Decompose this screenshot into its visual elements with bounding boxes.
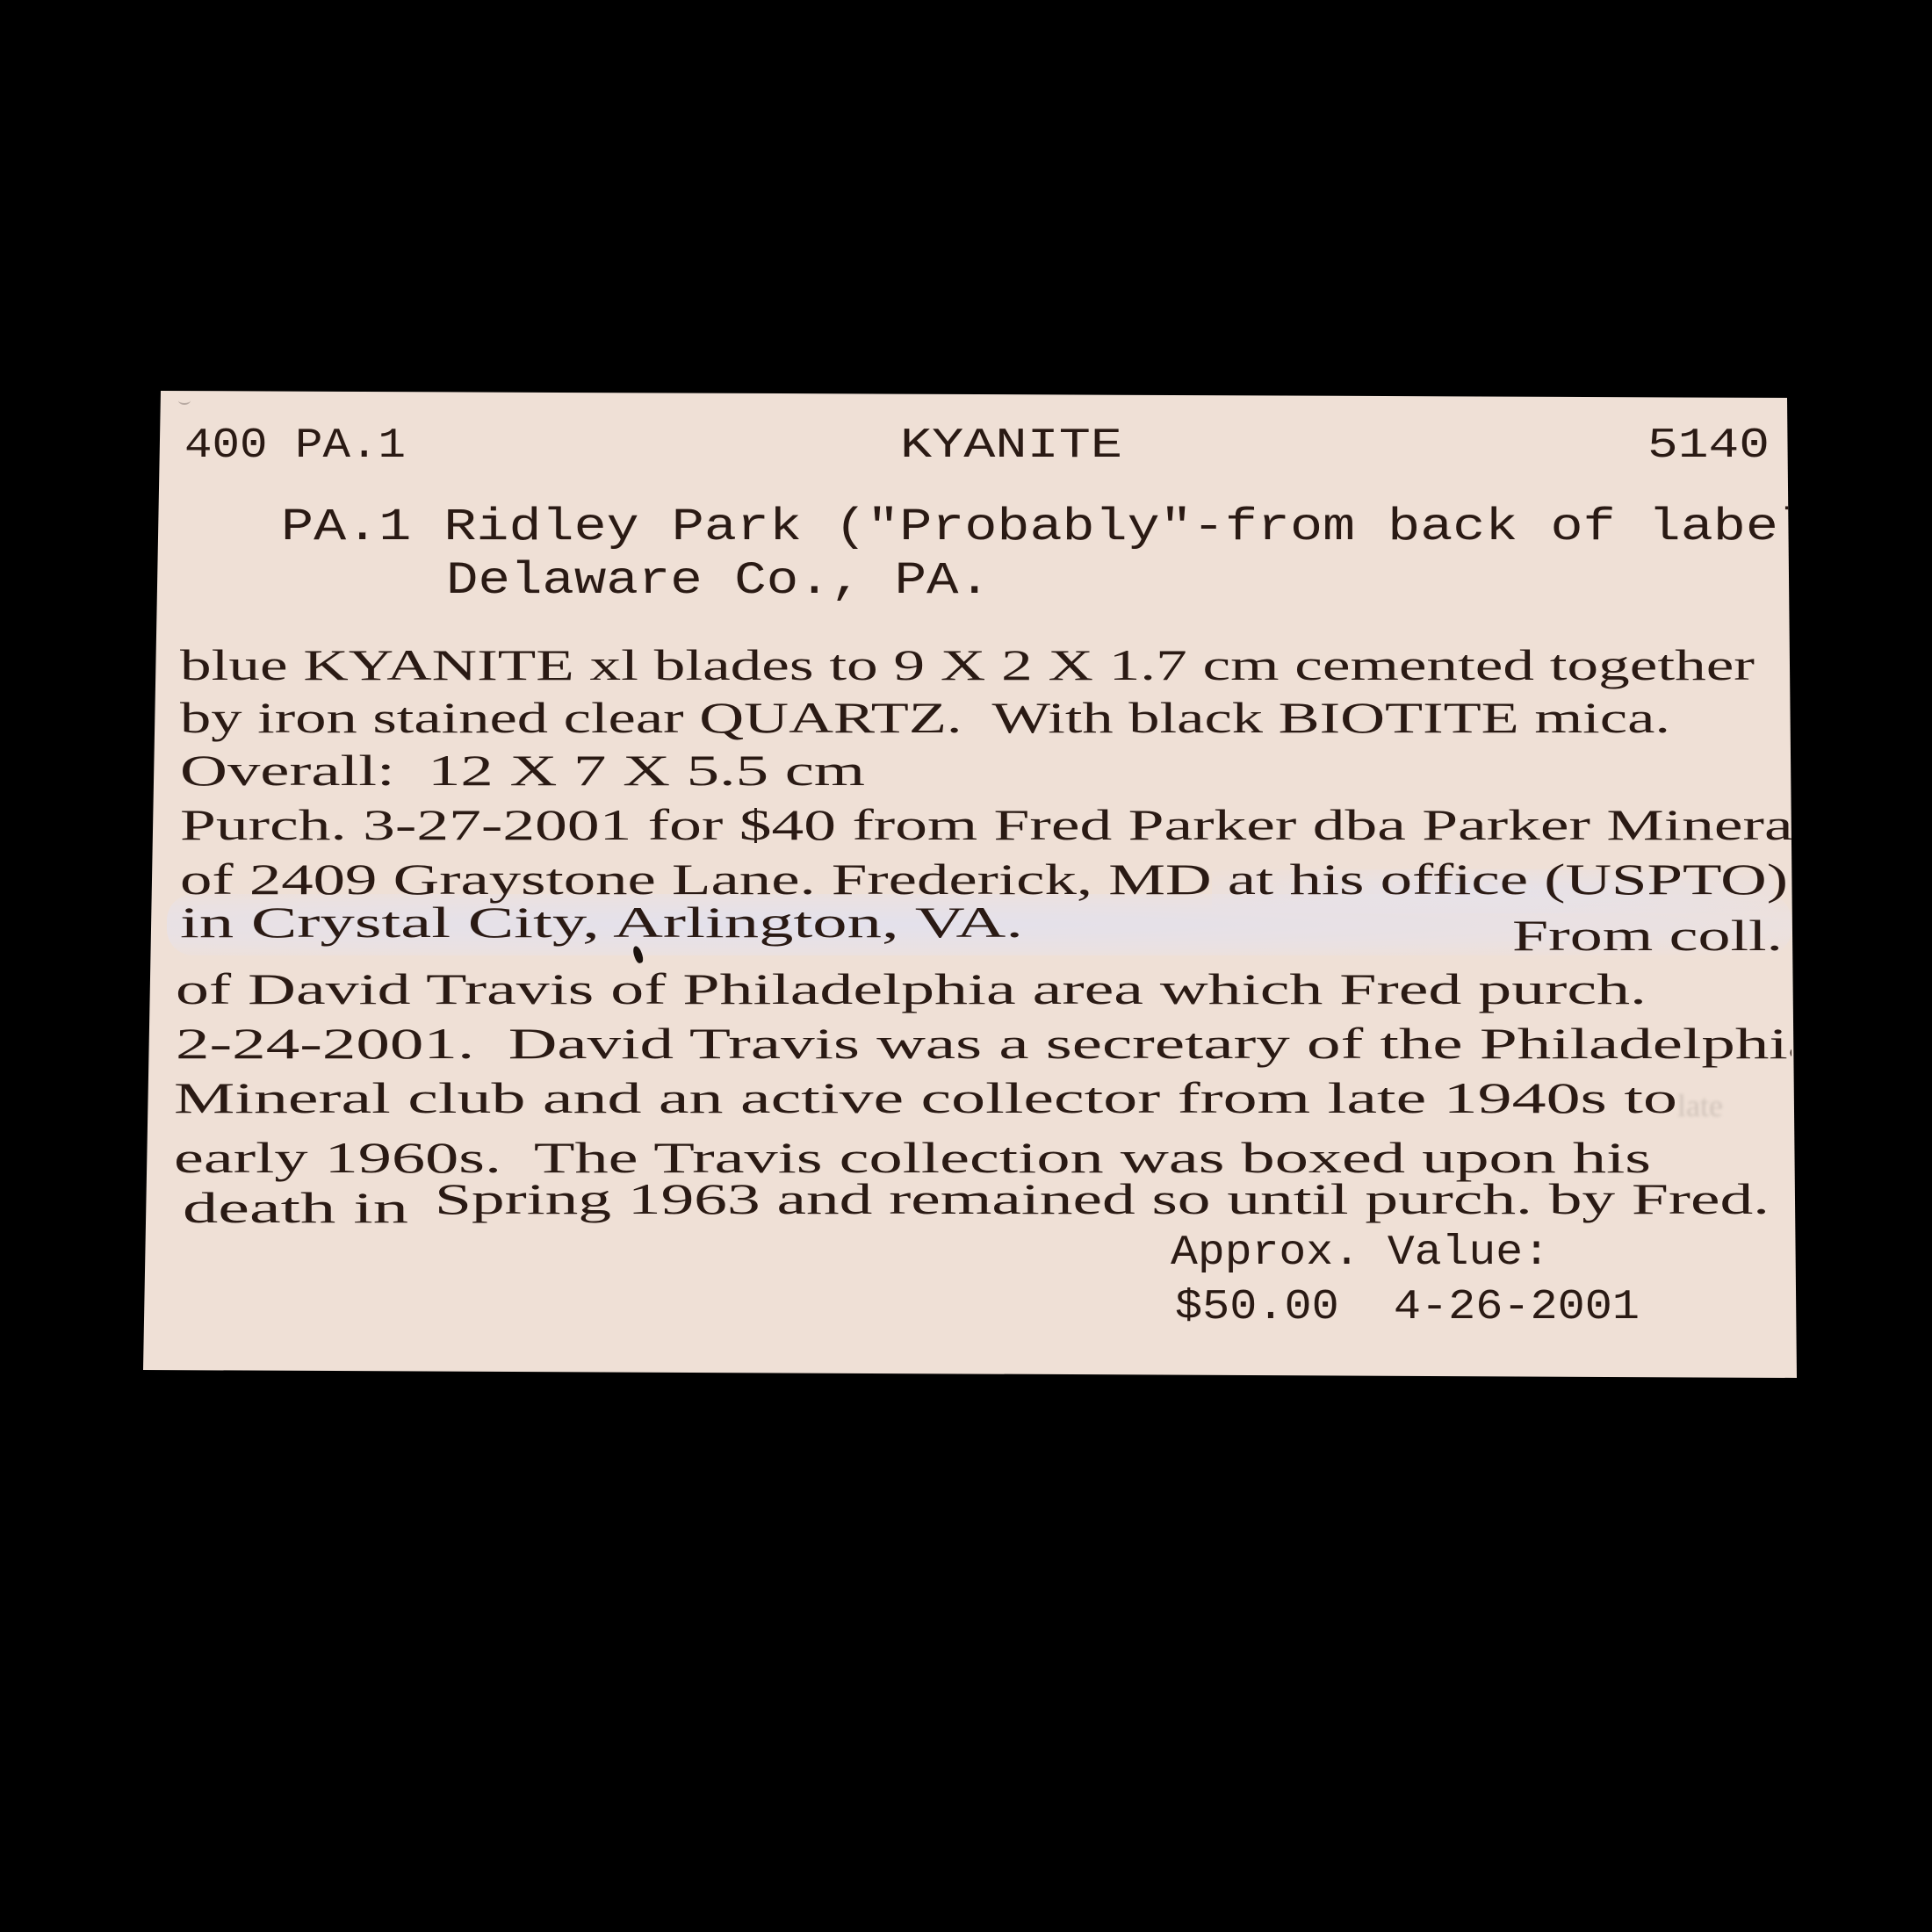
death-rest: Spring 1963 and remained so until purch.… bbox=[435, 1177, 1770, 1221]
from-collection: From coll. bbox=[1512, 913, 1783, 957]
catalog-code: 400 PA.1 bbox=[184, 425, 406, 467]
history-line: 2-24-2001. David Travis was a secretary … bbox=[176, 1021, 1791, 1065]
death-prefix: death in bbox=[183, 1186, 408, 1229]
history-line: Mineral club and an active collector fro… bbox=[174, 1076, 1677, 1120]
address-line: of 2409 Graystone Lane. Frederick, MD at… bbox=[180, 857, 1788, 901]
approx-value-label: Approx. Value: bbox=[1171, 1232, 1550, 1274]
description-line: by iron stained clear QUARTZ. With black… bbox=[180, 696, 1670, 739]
purchase-line: Purch. 3-27-2001 for $40 from Fred Parke… bbox=[180, 803, 1791, 847]
locality-line-2: Delaware Co., PA. bbox=[446, 559, 991, 604]
mineral-name: KYANITE bbox=[900, 425, 1122, 467]
approx-value-amount: $50.00 4-26-2001 bbox=[1175, 1287, 1640, 1329]
history-line: early 1960s. The Travis collection was b… bbox=[174, 1135, 1651, 1179]
location-line: in Crystal City, Arlington, VA. bbox=[180, 900, 1023, 944]
specimen-number: 5140 bbox=[1647, 425, 1770, 467]
specimen-label-card: late 400 PA.1 KYANITE 5140 PA.1 Ridley P… bbox=[0, 0, 1932, 1932]
collection-line: of David Travis of Philadelphia area whi… bbox=[176, 967, 1647, 1011]
overall-dimensions: Overall: 12 X 7 X 5.5 cm bbox=[180, 748, 865, 792]
locality-line-1: PA.1 Ridley Park ("Probably"-from back o… bbox=[281, 505, 1791, 551]
description-line: blue KYANITE xl blades to 9 X 2 X 1.7 cm… bbox=[180, 643, 1755, 687]
